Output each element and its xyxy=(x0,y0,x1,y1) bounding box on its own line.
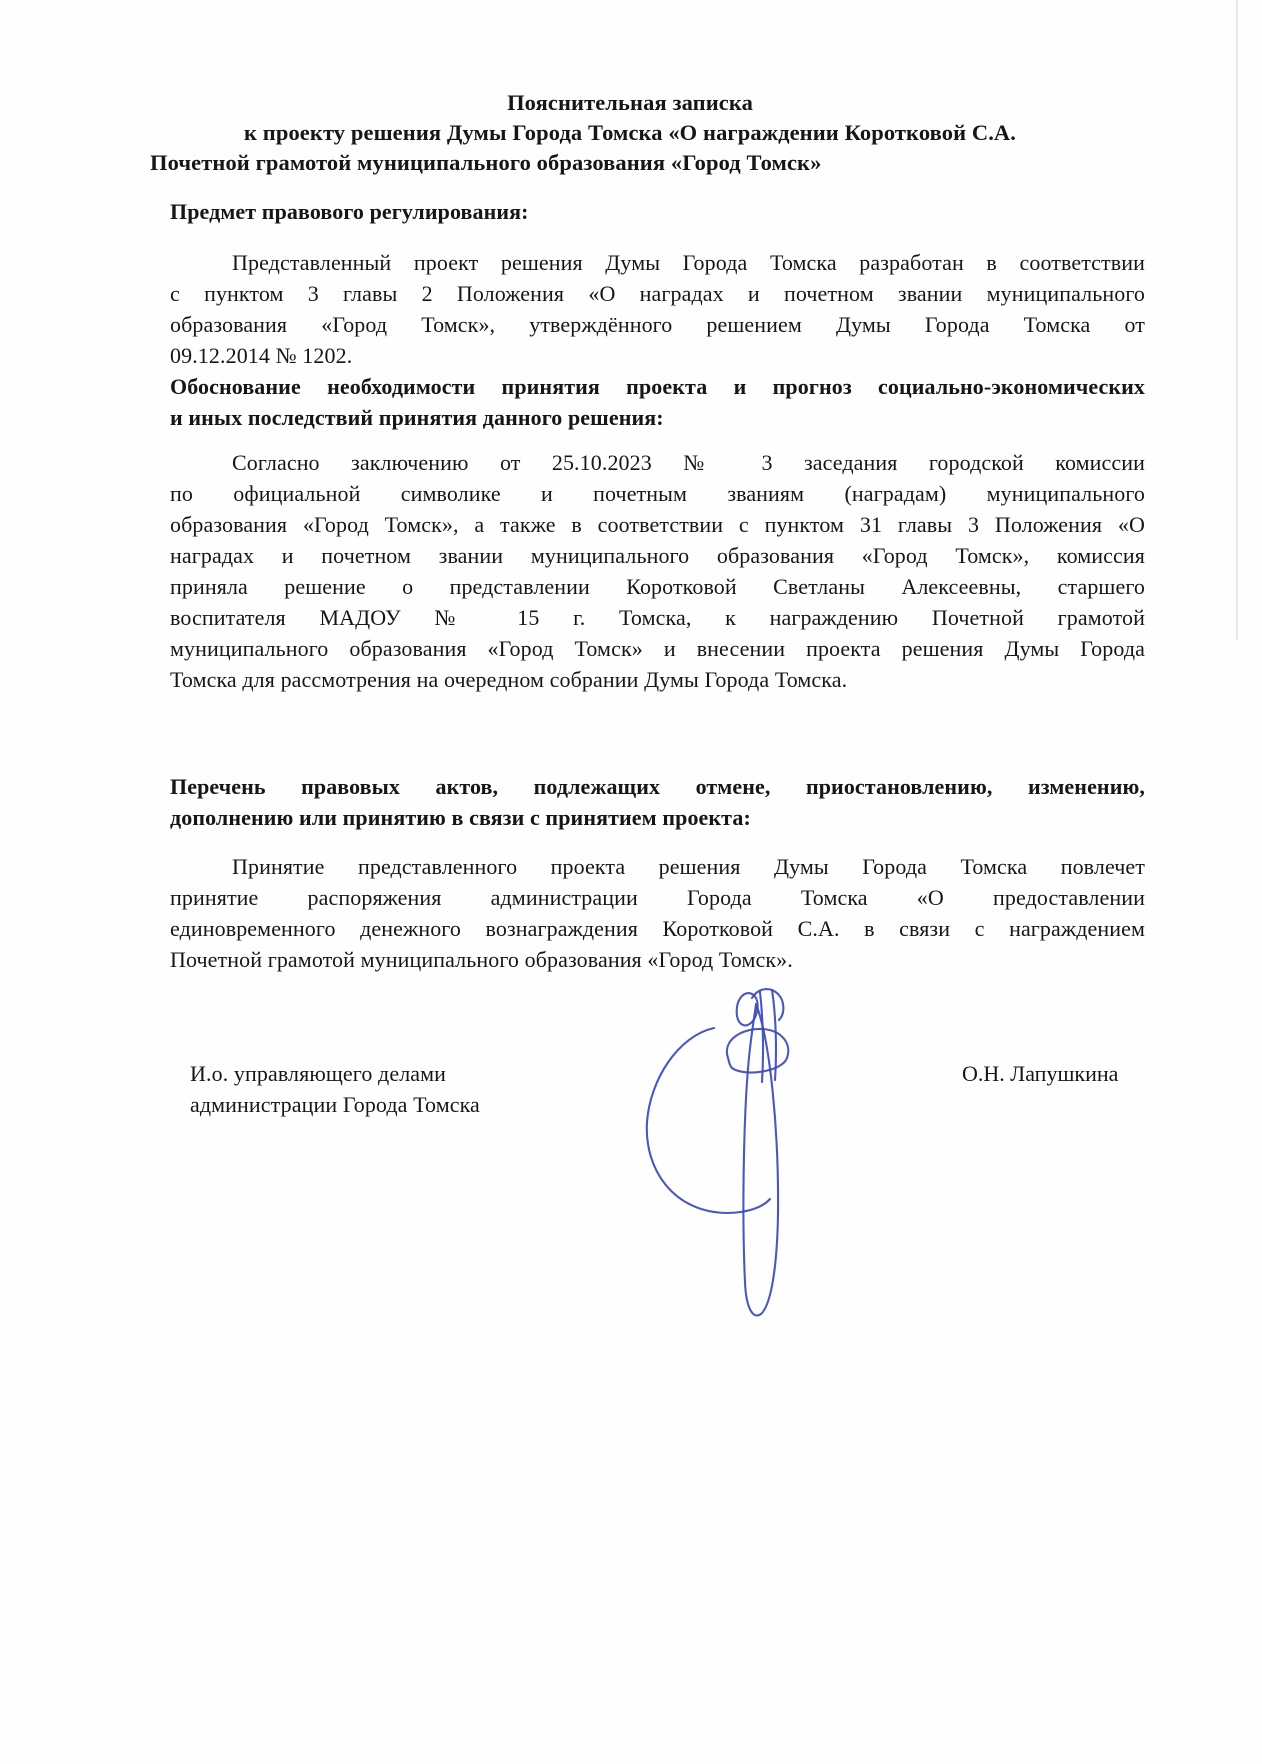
text-line: Согласно заключению от 25.10.2023 № 3 за… xyxy=(170,447,1145,478)
text-line: воспитателя МАДОУ № 15 г. Томска, к нагр… xyxy=(170,602,1145,633)
text-line: Предмет правового регулирования: xyxy=(170,196,1145,227)
signatory-name: О.Н. Лапушкина xyxy=(962,1058,1162,1089)
text-line: образования «Город Томск», утверждённого… xyxy=(170,309,1145,340)
text-line: принятие распоряжения администрации Горо… xyxy=(170,882,1145,913)
paragraph-acts: Принятие представленного проекта решения… xyxy=(170,851,1145,975)
text-line: образования «Город Томск», а также в соо… xyxy=(170,509,1145,540)
text-line: И.о. управляющего делами xyxy=(190,1058,650,1089)
text-line: и иных последствий принятия данного реше… xyxy=(170,402,1145,433)
text-line: приняла решение о представлении Коротков… xyxy=(170,571,1145,602)
signature-scribble xyxy=(600,980,820,1330)
heading-justification: Обоснование необходимости принятия проек… xyxy=(170,371,1145,433)
heading-subject: Предмет правового регулирования: xyxy=(170,196,1145,227)
document-title: Пояснительная запискак проекту решения Д… xyxy=(150,88,1110,178)
scan-edge-shadow xyxy=(1236,0,1238,640)
text-line: Почетной грамотой муниципального образов… xyxy=(150,148,1110,178)
text-line: по официальной символике и почетным зван… xyxy=(170,478,1145,509)
paragraph-subject: Представленный проект решения Думы Город… xyxy=(170,247,1145,371)
text-line: Пояснительная записка xyxy=(150,88,1110,118)
text-line: к проекту решения Думы Города Томска «О … xyxy=(150,118,1110,148)
signature-ink xyxy=(600,980,820,1330)
text-line: Принятие представленного проекта решения… xyxy=(170,851,1145,882)
text-line: Перечень правовых актов, подлежащих отме… xyxy=(170,771,1145,802)
text-line: Представленный проект решения Думы Город… xyxy=(170,247,1145,278)
text-line: Томска для рассмотрения на очередном соб… xyxy=(170,664,1145,695)
document-page: Пояснительная запискак проекту решения Д… xyxy=(0,0,1262,1764)
signatory-position: И.о. управляющего деламиадминистрации Го… xyxy=(190,1058,650,1120)
text-line: дополнению или принятию в связи с принят… xyxy=(170,802,1145,833)
text-line: Почетной грамотой муниципального образов… xyxy=(170,944,1145,975)
text-line: с пунктом 3 главы 2 Положения «О награда… xyxy=(170,278,1145,309)
text-line: Обоснование необходимости принятия проек… xyxy=(170,371,1145,402)
text-line: наградах и почетном звании муниципальног… xyxy=(170,540,1145,571)
paragraph-justification: Согласно заключению от 25.10.2023 № 3 за… xyxy=(170,447,1145,695)
text-line: 09.12.2014 № 1202. xyxy=(170,340,1145,371)
heading-acts-list: Перечень правовых актов, подлежащих отме… xyxy=(170,771,1145,833)
text-line: муниципального образования «Город Томск»… xyxy=(170,633,1145,664)
text-line: администрации Города Томска xyxy=(190,1089,650,1120)
text-line: единовременного денежного вознаграждения… xyxy=(170,913,1145,944)
